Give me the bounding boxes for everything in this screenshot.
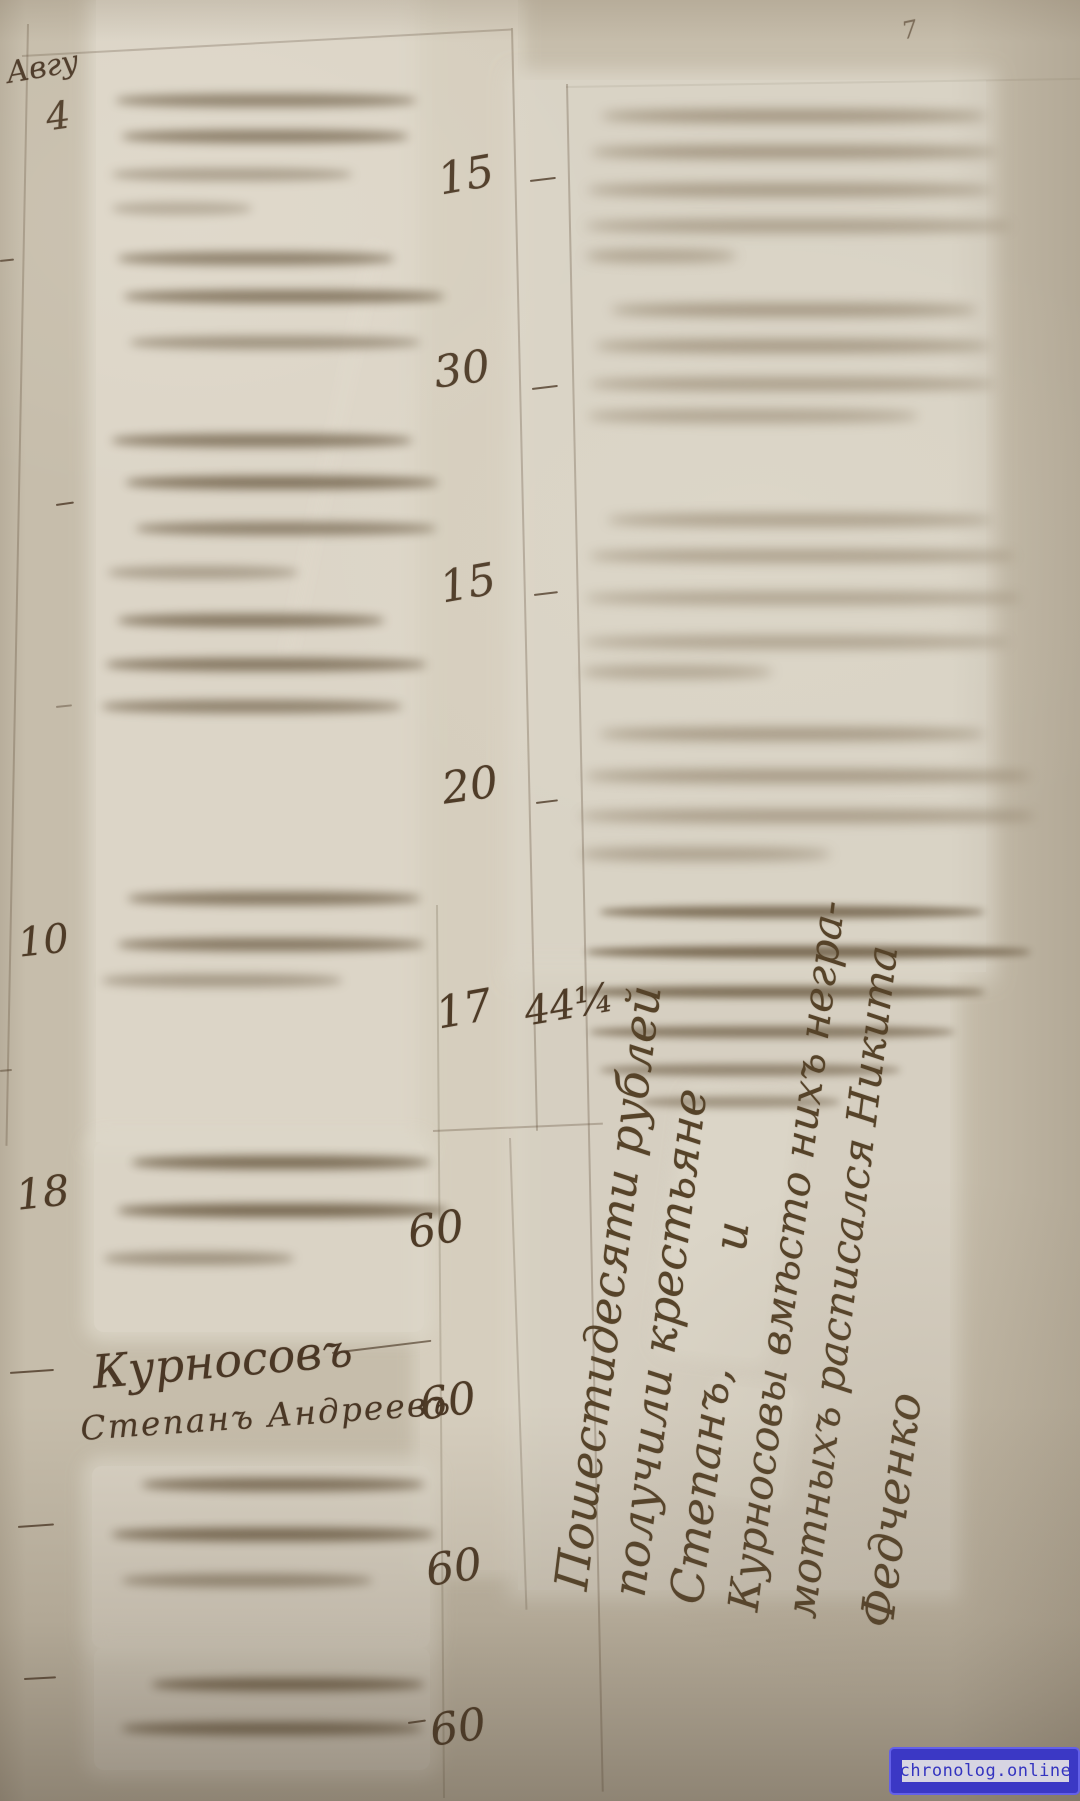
blurred-note-line xyxy=(584,636,1008,648)
amount-rubles: 17 xyxy=(432,980,496,1040)
blurred-handwriting-line xyxy=(130,336,420,349)
amount-rubles: 15 xyxy=(434,146,498,206)
blurred-note-line xyxy=(580,848,830,860)
watermark-text: chronolog.online xyxy=(900,1761,1072,1781)
blurred-handwriting-line xyxy=(102,974,342,987)
blurred-handwriting-line xyxy=(128,892,420,905)
blurred-note-line xyxy=(588,184,992,196)
entry-surname: Курносовъ xyxy=(90,1323,354,1400)
blurred-handwriting-line xyxy=(124,290,444,303)
margin-dash xyxy=(24,1676,56,1680)
blurred-note-line xyxy=(602,110,986,122)
blurred-handwriting-line xyxy=(152,1678,424,1691)
amount-rubles: 60 xyxy=(427,1698,490,1756)
blurred-handwriting-line xyxy=(118,252,394,265)
redaction-overlay xyxy=(92,1466,430,1648)
redaction-overlay xyxy=(94,1142,424,1332)
margin-dash xyxy=(18,1523,54,1528)
blurred-handwriting-line xyxy=(112,1528,434,1541)
amount-rubles: 60 xyxy=(405,1200,468,1258)
page-number: 7 xyxy=(899,15,920,46)
blurred-handwriting-line xyxy=(126,476,438,489)
blurred-note-line xyxy=(600,728,984,740)
blurred-handwriting-line xyxy=(108,566,298,579)
blurred-handwriting-line xyxy=(106,658,426,671)
margin-dash xyxy=(10,1369,54,1374)
amount-rubles: 30 xyxy=(431,340,494,398)
blurred-handwriting-line xyxy=(118,614,384,627)
blurred-handwriting-line xyxy=(136,522,436,535)
margin-day-18: 18 xyxy=(14,1165,72,1219)
paper-light-strip-notes-column xyxy=(518,80,986,972)
margin-month-label: Авгу xyxy=(4,44,82,91)
blurred-note-line xyxy=(596,340,990,352)
margin-day-4: 4 xyxy=(43,93,73,140)
blurred-handwriting-line xyxy=(116,94,416,107)
blurred-handwriting-line xyxy=(142,1478,424,1491)
blurred-note-line xyxy=(592,146,996,158)
blurred-note-line xyxy=(582,666,772,678)
blurred-handwriting-line xyxy=(122,1722,422,1735)
blurred-note-line xyxy=(586,770,1030,782)
blurred-note-line xyxy=(590,378,994,390)
blurred-note-line xyxy=(586,592,1020,604)
amount-rubles: 20 xyxy=(439,756,502,814)
blurred-note-line xyxy=(580,810,1034,822)
blurred-handwriting-line xyxy=(112,202,252,215)
left-margin-rule xyxy=(5,24,28,1146)
blurred-note-line xyxy=(586,220,1010,232)
watermark-inner-box: chronolog.online xyxy=(902,1760,1069,1782)
blurred-handwriting-line xyxy=(132,1156,430,1169)
margin-dash xyxy=(56,704,72,708)
blurred-handwriting-line xyxy=(118,1204,448,1217)
blurred-note-line xyxy=(590,550,1014,562)
margin-dash xyxy=(56,502,74,507)
margin-day-10: 10 xyxy=(16,915,71,966)
margin-dash xyxy=(0,259,14,263)
blurred-handwriting-line xyxy=(118,938,424,951)
blurred-handwriting-line xyxy=(122,130,408,143)
redaction-overlay xyxy=(94,1648,430,1770)
blurred-note-line xyxy=(588,410,918,422)
blurred-handwriting-line xyxy=(122,1574,372,1587)
blurred-handwriting-line xyxy=(104,1252,294,1265)
blurred-note-line xyxy=(612,304,976,316)
blurred-handwriting-line xyxy=(102,700,402,713)
amount-rubles: 15 xyxy=(436,554,500,614)
blurred-handwriting-line xyxy=(112,434,412,447)
blurred-note-line xyxy=(608,514,992,526)
watermark-badge: chronolog.online xyxy=(889,1747,1080,1795)
blurred-handwriting-line xyxy=(112,168,352,181)
blurred-note-line xyxy=(586,250,736,262)
amount-rubles: 60 xyxy=(423,1538,486,1596)
document-page: Авгу 4 10 18 15 30 15 20 17 44¼ 60 60 60… xyxy=(0,0,1080,1801)
